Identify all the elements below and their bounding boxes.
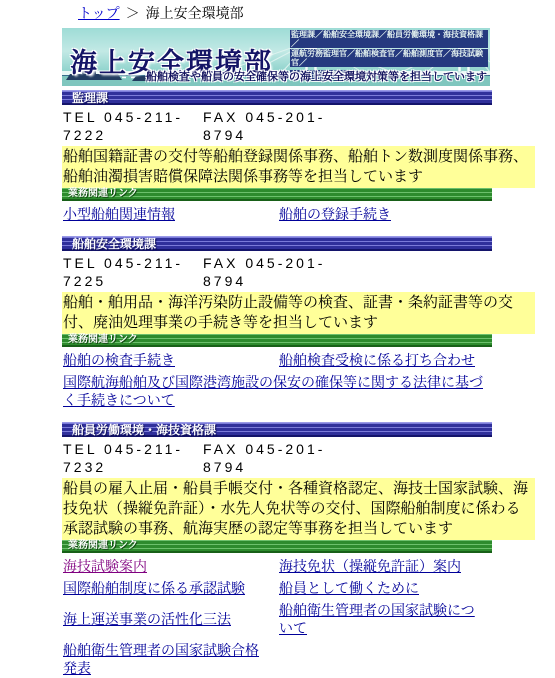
section-description: 船舶・舶用品・海洋汚染防止設備等の検査、証書・条約証書等の交付、廃油処理事業の手… [62,292,535,334]
section-description: 船舶国籍証書の交付等船舶登録関係事務、船舶トン数測度関係事務、船舶油濁損害賠償保… [62,146,535,188]
related-links: 海技試験案内 海技免状（操縦免許証）案内 国際船舶制度に係る承認試験 船員として… [62,553,492,678]
related-links: 船舶の検査手続き 船舶検査受検に係る打ち合わせ 国際航海船舶及び国際港湾施設の保… [62,347,492,413]
link-small-vessel-info[interactable]: 小型船舶関連情報 [63,205,268,223]
contact-row: TEL 045-211- 7222 FAX 045-201- 8794 [62,105,492,146]
link-inspection-meeting[interactable]: 船舶検査受検に係る打ち合わせ [279,351,484,369]
tel-number: TEL 045-211- 7232 [63,440,203,476]
contact-row: TEL 045-211- 7225 FAX 045-201- 8794 [62,251,492,292]
fax-number: FAX 045-201- 8794 [203,108,373,144]
section-description: 船員の雇入止届・船員手帳交付・各種資格認定、海技士国家試験、海技免状（操縦免許証… [62,478,535,540]
section-header: 船員労働環境・海技資格課 [62,422,492,437]
link-kaigi-exam-guide[interactable]: 海技試験案内 [63,557,268,575]
link-ship-inspection-procedure[interactable]: 船舶の検査手続き [63,351,268,369]
breadcrumb-home-link[interactable]: トップ [78,5,120,21]
section-seninroudou-kaigi: 船員労働環境・海技資格課 TEL 045-211- 7232 FAX 045-2… [62,422,492,678]
related-links-bar: 業務関連リンク [62,188,492,201]
link-ship-hygiene-manager-exam-about[interactable]: 船舶衛生管理者の国家試験について [279,601,484,637]
related-links-bar: 業務関連リンク [62,540,492,553]
related-links: 小型船舶関連情報 船舶の登録手続き [62,201,492,227]
contact-row: TEL 045-211- 7232 FAX 045-201- 8794 [62,437,492,478]
tel-number: TEL 045-211- 7222 [63,108,203,144]
department-banner: 監理課／船舶安全環境課／船員労働環境・海技資格課／ 運航労務監理官／船舶検査官／… [62,28,490,86]
link-ship-registration[interactable]: 船舶の登録手続き [279,205,484,223]
tel-number: TEL 045-211- 7225 [63,254,203,290]
page: トップ＞海上安全環境部 [0,0,555,678]
breadcrumb: トップ＞海上安全環境部 [62,4,555,22]
banner-section-list-line2: 運航労務監理官／船舶検査官／船舶測度官／海技試験官／ [290,49,488,67]
section-kanrika: 監理課 TEL 045-211- 7222 FAX 045-201- 8794 … [62,90,492,227]
section-header: 監理課 [62,90,492,105]
link-marine-transport-three-laws[interactable]: 海上運送事業の活性化三法 [63,610,268,628]
fax-number: FAX 045-201- 8794 [203,254,373,290]
link-work-as-seafarer[interactable]: 船員として働くために [279,579,484,597]
related-links-bar: 業務関連リンク [62,334,492,347]
banner-caption: 船舶検査や船員の安全確保等の海上安全環境対策等を担当しています [146,68,487,84]
link-port-security-law-procedure[interactable]: 国際航海船舶及び国際港湾施設の保安の確保等に関する法律に基づく手続きについて [63,373,484,409]
banner-section-list-line1: 監理課／船舶安全環境課／船員労働環境・海技資格課／ [290,30,488,48]
section-senpaku-anzen: 船舶安全環境課 TEL 045-211- 7225 FAX 045-201- 8… [62,236,492,413]
content-column: 監理課／船舶安全環境課／船員労働環境・海技資格課／ 運航労務監理官／船舶検査官／… [62,28,492,678]
breadcrumb-separator: ＞ [120,5,146,21]
fax-number: FAX 045-201- 8794 [203,440,373,476]
link-kaigi-license-guide[interactable]: 海技免状（操縦免許証）案内 [279,557,484,575]
link-international-ship-approval-exam[interactable]: 国際船舶制度に係る承認試験 [63,579,268,597]
section-header: 船舶安全環境課 [62,236,492,251]
link-ship-hygiene-manager-exam-results[interactable]: 船舶衛生管理者の国家試験合格発表 [63,641,268,677]
breadcrumb-current: 海上安全環境部 [146,5,244,21]
